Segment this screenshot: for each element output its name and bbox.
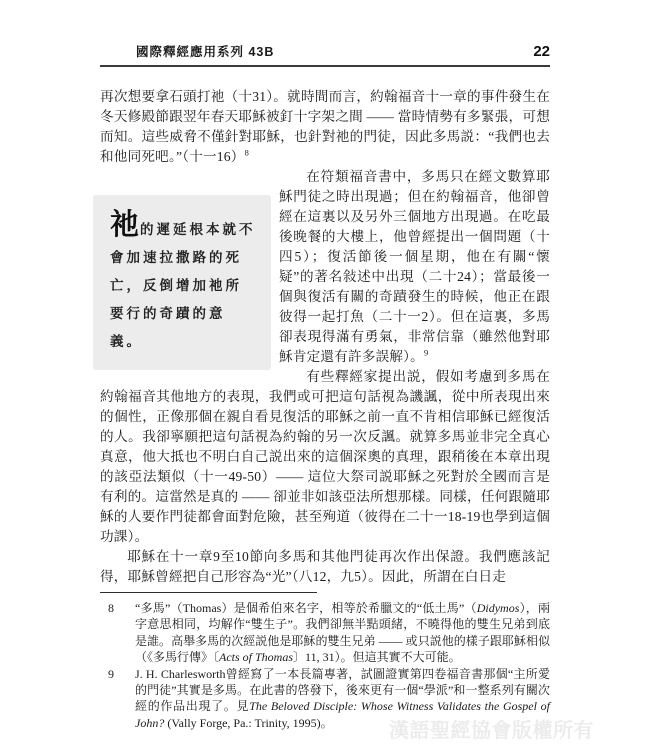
footnote-section: 8“多馬”（Thomas）是個希伯來名字，相等於希臘文的“低土馬”（Didymo… <box>100 592 550 731</box>
footnote-marker: 9 <box>424 347 428 357</box>
text-run: 再次想要拿石頭打祂（十31）。就時間而言，約翰福音十一章的事件發生在冬天修殿節跟… <box>100 89 550 164</box>
body-paragraph: 有些釋經家提出説，假如考慮到多馬在約翰福音其他地方的表現，我們或可把這句話視為譏… <box>100 367 550 547</box>
body-paragraph: 再次想要拿石頭打祂（十31）。就時間而言，約翰福音十一章的事件發生在冬天修殿節跟… <box>100 87 550 167</box>
footnote-text: “多馬”（Thomas）是個希伯來名字，相等於希臘文的“低土馬”（Didymos… <box>135 600 550 666</box>
text-run: “多馬”（Thomas）是個希伯來名字，相等於希臘文的“低土馬”（ <box>135 601 477 615</box>
footnote-number: 9 <box>100 666 135 732</box>
watermark: 漢語聖經協會版權所有 <box>389 714 594 743</box>
pull-quote-text: 的遲延根本就不會加速拉撒路的死亡，反倒增加祂所要行的奇蹟的意義。 <box>110 222 256 349</box>
page-header: 國際釋經應用系列 43B 22 <box>100 42 550 67</box>
text-run: 在符類福音書中，多馬只在經文數算耶穌門徒之時出現過；但在約翰福音，他卻曾經在這裏… <box>279 169 550 364</box>
page-number: 22 <box>533 43 550 60</box>
footnote-number: 8 <box>100 600 135 666</box>
body-paragraph: 耶穌在十一章9至10節向多馬和其他門徒再次作出保證。我們應該記得，耶穌曾經把自己… <box>100 547 550 587</box>
body-paragraph: 祂的遲延根本就不會加速拉撒路的死亡，反倒增加祂所要行的奇蹟的意義。在符類福音書中… <box>100 167 550 367</box>
footnote: 8“多馬”（Thomas）是個希伯來名字，相等於希臘文的“低土馬”（Didymo… <box>100 600 550 666</box>
italic-text: Didymos <box>477 601 520 615</box>
footnote-rule <box>100 592 317 593</box>
text-run: 〕11, 31）。但這其實不大可能。 <box>293 650 461 664</box>
text-run: 有些釋經家提出説，假如考慮到多馬在約翰福音其他地方的表現，我們或可把這句話視為譏… <box>100 369 550 544</box>
series-title: 國際釋經應用系列 43B <box>100 42 274 60</box>
text-run: 耶穌在十一章9至10節向多馬和其他門徒再次作出保證。我們應該記得，耶穌曾經把自己… <box>100 549 550 584</box>
body-text: 再次想要拿石頭打祂（十31）。就時間而言，約翰福音十一章的事件發生在冬天修殿節跟… <box>100 87 550 587</box>
italic-text: Acts of Thomas <box>219 650 293 664</box>
book-page: 國際釋經應用系列 43B 22 再次想要拿石頭打祂（十31）。就時間而言，約翰福… <box>0 0 650 750</box>
pull-quote-drop-char: 祂 <box>110 209 140 241</box>
footnote-marker: 8 <box>245 147 249 157</box>
pull-quote: 祂的遲延根本就不會加速拉撒路的死亡，反倒增加祂所要行的奇蹟的意義。 <box>93 195 271 370</box>
text-run: (Vally Forge, Pa.: Trinity, 1995)。 <box>164 716 332 730</box>
